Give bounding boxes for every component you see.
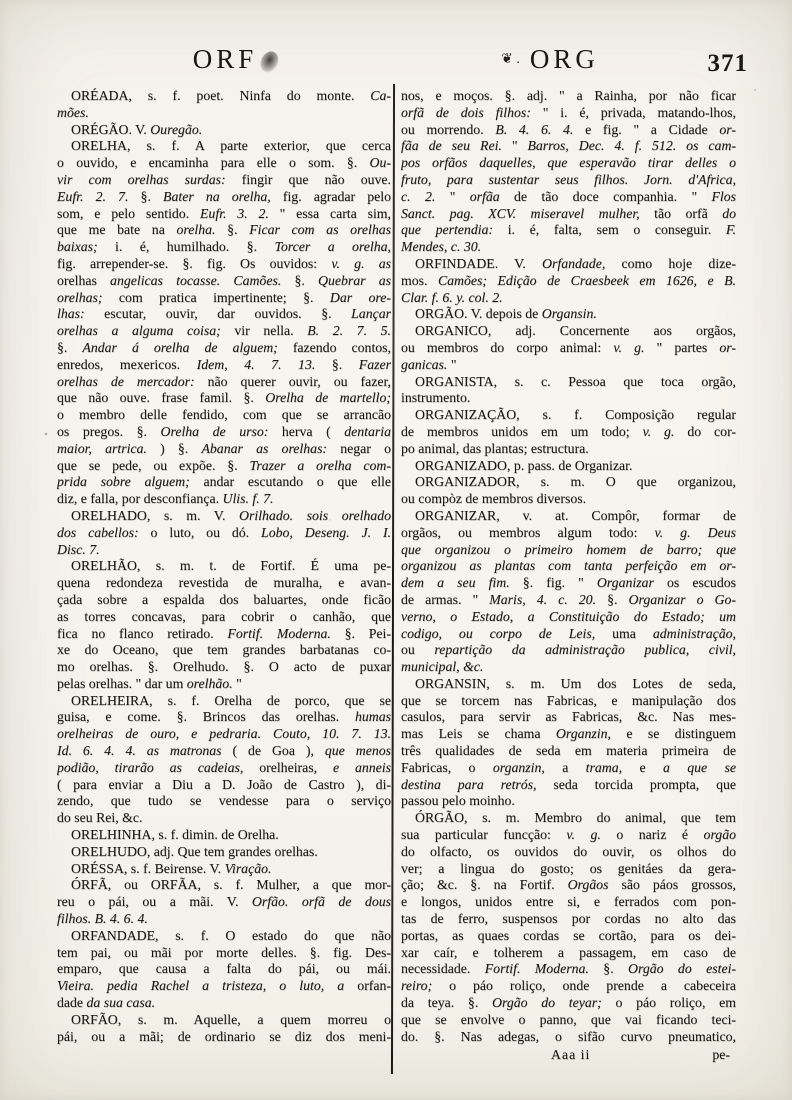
text-line: emparo, que causa a falta do pái, ou mái… xyxy=(57,961,391,978)
text-line: diz, e falla, por desconfiança. Ulis. f.… xyxy=(57,491,391,508)
text-line: verno, o Estado, a Constituição do Estad… xyxy=(401,609,736,626)
text-line: ÓRFÃ, ou ORFÃA, s. f. Mulher, a que mor- xyxy=(57,877,391,894)
text-line: orelhas a alguma coisa; vir nella. B. 2.… xyxy=(57,323,391,340)
text-line: destina para retrós, seda torcida prompt… xyxy=(401,777,736,794)
text-line: tem pai, ou mãi por morte delles. §. fig… xyxy=(57,945,391,962)
text-line: que pertendia: i. é, falta, sem o conseg… xyxy=(401,222,736,239)
text-line: ORFANDADE, s. f. O estado do que não xyxy=(57,928,391,945)
text-line: ver; a lingua do gosto; os genitáes da g… xyxy=(401,861,736,878)
fleuron-icon: ❦ . xyxy=(501,52,520,67)
text-line: Clar. f. 6. y. col. 2. xyxy=(401,290,736,307)
text-line: que se pede, ou expõe. §. Trazer a orelh… xyxy=(57,458,391,475)
text-line: xe do Oceano, que tem grandes barbatanas… xyxy=(57,642,391,659)
running-head-right: ❦ .ORG xyxy=(400,44,700,75)
text-line: as torres concavas, para cobrir o canhão… xyxy=(57,609,391,626)
text-line: que se envolve o panno, que vai ficando … xyxy=(401,1012,736,1029)
catchword: pe- xyxy=(712,1047,730,1063)
text-line: do olfacto, os ouvidos do ouvir, os olho… xyxy=(401,844,736,861)
text-line: pelas orelhas. " dar um orelhão. " xyxy=(57,676,391,693)
page-number: 371 xyxy=(708,50,749,78)
text-line: enredos, mexericos. Idem, 4. 7. 13. §. F… xyxy=(57,357,391,374)
text-line: do seu Rei, &c. xyxy=(57,810,391,827)
text-line: ORGANICO, adj. Concernente aos orgãos, xyxy=(401,323,736,340)
text-line: que organizou o primeiro homem de barro;… xyxy=(401,542,736,559)
text-line: ORGANIZADOR, s. m. O que organizou, xyxy=(401,474,736,491)
text-line: Id. 6. 4. 4. as matronas ( de Goa ), que… xyxy=(57,743,391,760)
text-line: três qualidades de seda em materia prime… xyxy=(401,743,736,760)
text-line: orelhas; com pratica impertinente; §. Da… xyxy=(57,290,391,307)
text-line: pái, ou a mãi; de ordinario se diz dos m… xyxy=(57,1029,391,1046)
text-line: xar caír, e tolherem a passagem, em caso… xyxy=(401,945,736,962)
text-line: reu o pái, ou a mãi. V. Orfão. orfã de d… xyxy=(57,894,391,911)
text-line: ORGÃO. V. depois de Organsin. xyxy=(401,306,736,323)
text-line: ORÉADA, s. f. poet. Ninfa do monte. Ca- xyxy=(57,88,391,105)
text-line: os pregos. §. Orelha de urso: herva ( de… xyxy=(57,424,391,441)
running-head-right-title: ORG xyxy=(530,44,599,74)
signature-mark: Aaa ii xyxy=(551,1047,590,1063)
text-line: organizou as plantas com tanta perfeição… xyxy=(401,558,736,575)
text-line: orelheiras de ouro, e pedraria. Couto, 1… xyxy=(57,726,391,743)
text-line: zendo, que tudo se vendesse para o servi… xyxy=(57,793,391,810)
text-line: reiro; o páo roliço, onde prende a cabec… xyxy=(401,978,736,995)
running-head-left: ORF xyxy=(57,44,393,75)
text-line: fica no flanco retirado. Fortif. Moderna… xyxy=(57,626,391,643)
text-line: que não ouve. frase famil. §. Orelha de … xyxy=(57,390,391,407)
text-line: do. §. Nas adegas, o sifão curvo pneumat… xyxy=(401,1029,736,1046)
text-line: municipal, &c. xyxy=(401,659,736,676)
text-line: mas Leis se chama Organzin, e se disting… xyxy=(401,726,736,743)
text-line: po animal, das plantas; estructura. xyxy=(401,441,736,458)
text-line: que se torcem nas Fabricas, e manipulaçã… xyxy=(401,693,736,710)
text-line: maior, artrica. ) §. Abanar as orelhas: … xyxy=(57,441,391,458)
text-line: ção; &c. §. na Fortif. Orgãos são páos g… xyxy=(401,877,736,894)
text-line: guisa, e come. §. Brincos das orelhas. h… xyxy=(57,709,391,726)
text-line: mões. xyxy=(57,105,391,122)
text-line: ORÉSSA, s. f. Beirense. V. Viração. xyxy=(57,861,391,878)
running-head: ORF ❦ .ORG xyxy=(0,44,792,82)
text-line: e longos, unidos entre si, e ferrados co… xyxy=(401,894,736,911)
text-line: ou morrendo. B. 4. 6. 4. e fig. " a Cida… xyxy=(401,122,736,139)
text-line: ÓRGÃO, s. m. Membro do animal, que tem xyxy=(401,810,736,827)
text-line: ORELHÃO, s. m. t. de Fortif. É uma pe- xyxy=(57,558,391,575)
text-line: dos cabellos: o luto, ou dó. Lobo, Desen… xyxy=(57,525,391,542)
text-line: fãa de seu Rei. " Barros, Dec. 4. f. 512… xyxy=(401,138,736,155)
text-line: passou pelo moinho. xyxy=(401,793,736,810)
text-line: baixas; i. é, humilhado. §. Torcer a ore… xyxy=(57,239,391,256)
text-line: fruto, para sustentar seus filhos. Jorn.… xyxy=(401,172,736,189)
text-line: Disc. 7. xyxy=(57,542,391,559)
text-line: nos, e moços. §. adj. " a Rainha, por nã… xyxy=(401,88,736,105)
text-line: Sanct. pag. XCV. miseravel mulher, tão o… xyxy=(401,206,736,223)
text-line: ORELHEIRA, s. f. Orelha de porco, que se xyxy=(57,693,391,710)
text-line: Fabricas, o organzin, a trama, e a que s… xyxy=(401,760,736,777)
text-line: Eufr. 2. 7. §. Bater na orelha, fig. agr… xyxy=(57,189,391,206)
text-line: filhos. B. 4. 6. 4. xyxy=(57,911,391,928)
text-line: pos orfãos daquelles, que esperavão tira… xyxy=(401,155,736,172)
text-line: tas de ferro, suspensos por cordas no al… xyxy=(401,911,736,928)
text-line: ORGANIZAR, v. at. Compôr, formar de xyxy=(401,508,736,525)
text-line: ORGANIZAÇÃO, s. f. Composição regular xyxy=(401,407,736,424)
page-footer: Aaa ii pe- xyxy=(401,1047,736,1063)
text-line: da teya. §. Orgão do teyar; o páo roliço… xyxy=(401,995,736,1012)
text-line: fig. arrepender-se. §. fig. Os ouvidos: … xyxy=(57,256,391,273)
text-line: som, e pelo sentido. Eufr. 3. 2. " essa … xyxy=(57,206,391,223)
text-line: ganicas. " xyxy=(401,357,736,374)
text-line: Vieira. pedia Rachel a tristeza, o luto,… xyxy=(57,978,391,995)
text-line: dade da sua casa. xyxy=(57,995,391,1012)
text-line: casulos, para servir as Fabricas, &c. Na… xyxy=(401,709,736,726)
text-line: §. Andar á orelha de alguem; fazendo con… xyxy=(57,340,391,357)
text-line: o ouvido, e encaminha para elle o som. §… xyxy=(57,155,391,172)
text-line: mo orelhas. §. Orelhudo. §. O acto de pu… xyxy=(57,659,391,676)
text-line: codigo, ou corpo de Leis, uma administra… xyxy=(401,626,736,643)
text-line: orelhas angelicas tocasse. Camões. §. Qu… xyxy=(57,273,391,290)
text-column-right: nos, e moços. §. adj. " a Rainha, por nã… xyxy=(401,88,736,1045)
text-line: ORFINDADE. V. Orfandade, como hoje dize- xyxy=(401,256,736,273)
text-line: ou membros do corpo animal: v. g. " part… xyxy=(401,340,736,357)
text-line: ORELHADO, s. m. V. Orilhado. sois orelha… xyxy=(57,508,391,525)
text-line: ORGANISTA, s. c. Pessoa que toca orgão, xyxy=(401,374,736,391)
text-line: dem a seu fim. §. fig. " Organizar os es… xyxy=(401,575,736,592)
text-line: ORELHUDO, adj. Que tem grandes orelhas. xyxy=(57,844,391,861)
text-line: ou compòz de membros diversos. xyxy=(401,491,736,508)
text-line: ORGANSIN, s. m. Um dos Lotes de seda, xyxy=(401,676,736,693)
text-line: orgãos, ou membros algum todo: v. g. Deu… xyxy=(401,525,736,542)
text-line: o membro delle fendido, com que se arran… xyxy=(57,407,391,424)
text-line: instrumento. xyxy=(401,390,736,407)
text-line: prida sobre alguem; andar escutando o qu… xyxy=(57,474,391,491)
column-divider-rule xyxy=(391,84,395,1074)
text-line: ou repartição da administração publica, … xyxy=(401,642,736,659)
text-line: quena redondeza revestida de muralha, e … xyxy=(57,575,391,592)
text-line: Mendes, c. 30. xyxy=(401,239,736,256)
text-line: necessidade. Fortif. Moderna. §. Orgão d… xyxy=(401,961,736,978)
text-line: mos. Camões; Edição de Craesbeek em 1626… xyxy=(401,273,736,290)
text-column-left: ORÉADA, s. f. poet. Ninfa do monte. Ca-m… xyxy=(57,88,391,1045)
text-line: lhas: escutar, ouvir, dar ouvidos. §. La… xyxy=(57,306,391,323)
text-line: orelhas de mercador: não querer ouvir, o… xyxy=(57,374,391,391)
text-line: ORELHINHA, s. f. dimin. de Orelha. xyxy=(57,827,391,844)
text-line: sua particular funcção: v. g. o nariz é … xyxy=(401,827,736,844)
text-line: podião, tirarão as cadeias, orelheiras, … xyxy=(57,760,391,777)
scanned-dictionary-page: ORF ❦ .ORG 371 ORÉADA, s. f. poet. Ninfa… xyxy=(0,0,792,1100)
text-line: çada sobre a espalda dos baluartes, onde… xyxy=(57,592,391,609)
text-line: de armas. " Maris, 4. c. 20. §. Organiza… xyxy=(401,592,736,609)
text-line: ORFÃO, s. m. Aquelle, a quem morreu o xyxy=(57,1012,391,1029)
text-line: que me bate na orelha. §. Ficar com as o… xyxy=(57,222,391,239)
text-line: portas, as quaes cordas se cortão, para … xyxy=(401,928,736,945)
text-line: orfã de dois filhos: " i. é, privada, ma… xyxy=(401,105,736,122)
text-line: ( para enviar a Diu a D. João de Castro … xyxy=(57,777,391,794)
text-line: c. 2. " orfãa de tão doce companhia. " F… xyxy=(401,189,736,206)
text-line: ORÉGÃO. V. Ouregão. xyxy=(57,122,391,139)
text-line: ORGANIZADO, p. pass. de Organizar. xyxy=(401,458,736,475)
text-line: de membros unidos em um todo; v. g. do c… xyxy=(401,424,736,441)
text-line: ORELHA, s. f. A parte exterior, que cerc… xyxy=(57,138,391,155)
text-line: vir com orelhas surdas: fingir que não o… xyxy=(57,172,391,189)
